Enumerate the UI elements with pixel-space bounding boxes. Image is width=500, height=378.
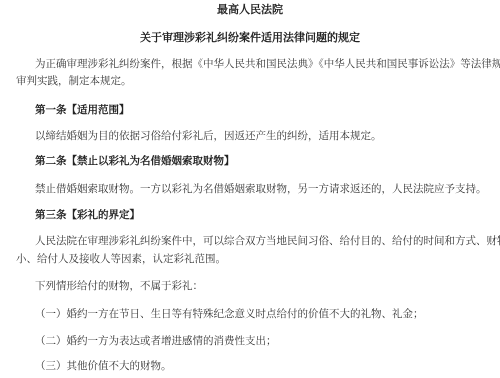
article-1-heading: 第一条【适用范围】 (35, 103, 130, 117)
issuer-heading: 最高人民法院 (0, 3, 500, 17)
article-1-text: 以缔结婚姻为目的依据习俗给付彩礼后，因返还产生的纠纷，适用本规定。 (35, 129, 382, 143)
list-item: （二）婚约一方为表达或者增进感情的消费性支出； (35, 334, 277, 348)
article-3-text-line-2: 小、给付人及接收人等因素，认定彩礼范围。 (16, 252, 226, 266)
list-item: （三）其他价值不大的财物。 (35, 359, 172, 373)
article-2-heading: 第二条【禁止以彩礼为名借婚姻索取财物】 (35, 154, 235, 168)
article-3-heading: 第三条【彩礼的界定】 (35, 208, 140, 222)
list-item: （一）婚约一方在节日、生日等有特殊纪念意义时点给付的价值不大的礼物、礼金； (35, 307, 424, 321)
article-2-text: 禁止借婚姻索取财物。一方以彩礼为名借婚姻索取财物，另一方请求返还的，人民法院应予… (35, 182, 487, 196)
preamble-line-1: 为正确审理涉彩礼纠纷案件，根据《中华人民共和国民法典》《中华人民共和国民事诉讼法… (35, 57, 500, 71)
article-3-text-line-1: 人民法院在审理涉彩礼纠纷案件中，可以综合双方当地民间习俗、给付目的、给付的时间和… (35, 234, 500, 248)
preamble-line-2: 审判实践，制定本规定。 (16, 74, 132, 88)
document-title: 关于审理涉彩礼纠纷案件适用法律问题的规定 (0, 31, 500, 45)
article-3-list-intro: 下列情形给付的财物，不属于彩礼： (35, 279, 203, 293)
